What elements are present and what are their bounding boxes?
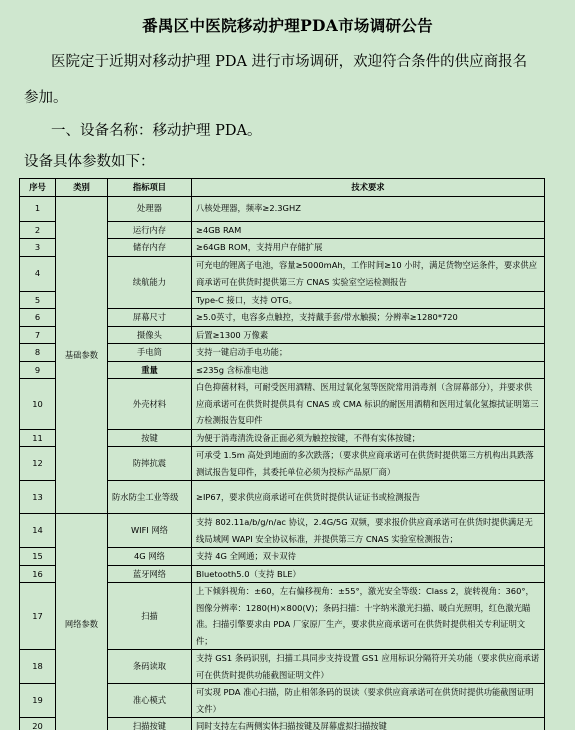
row-number: 10 [20,379,56,430]
row-number: 8 [20,344,56,362]
row-number: 6 [20,309,56,327]
requirement: 可实现 PDA 准心扫描，防止相邻条码的误读（要求供应商承诺可在供货时提供功能截… [192,684,545,718]
item-name: 屏幕尺寸 [108,309,192,327]
requirement: ≥4GB RAM [192,221,545,239]
page-title: 番禺区中医院移动护理PDA市场调研公告 [0,14,575,36]
category-basic: 基础参数 [56,196,108,514]
item-name: 重量 [108,361,192,379]
params-heading: 设备具体参数如下： [24,150,155,171]
item-name: 扫描 [108,583,192,650]
item-name: WIFI 网络 [108,514,192,548]
item-name: 防水防尘工业等级 [108,481,192,514]
requirement: ≥64GB ROM，支持用户存储扩展 [192,239,545,257]
item-name: 4G 网络 [108,548,192,566]
header-requirement: 技术要求 [192,179,545,197]
requirement: 支持 4G 全网通；双卡双待 [192,548,545,566]
row-number: 4 [20,256,56,291]
requirement: ≤235g 含标准电池 [192,361,545,379]
item-name: 运行内存 [108,221,192,239]
row-number: 3 [20,239,56,257]
requirement: Type-C 接口，支持 OTG。 [192,291,545,309]
item-name: 手电筒 [108,344,192,362]
row-number: 20 [20,718,56,730]
requirement: 可充电的锂离子电池，容量≥5000mAh，工作时间≥10 小时，满足货物空运条件… [192,256,545,291]
item-name: 续航能力 [108,256,192,309]
row-number: 5 [20,291,56,309]
item-name: 条码读取 [108,650,192,684]
requirement: 支持 802.11a/b/g/n/ac 协议，2.4G/5G 双频，要求报价供应… [192,514,545,548]
row-number: 15 [20,548,56,566]
item-name: 外壳材料 [108,379,192,430]
requirement: 后置≥1300 万像素 [192,326,545,344]
header-item: 指标项目 [108,179,192,197]
requirement: 八核处理器，频率≥2.3GHZ [192,196,545,221]
item-name: 按键 [108,429,192,447]
item-name: 摄像头 [108,326,192,344]
row-number: 7 [20,326,56,344]
row-number: 19 [20,684,56,718]
intro-paragraph-continued: 参加。 [24,86,68,107]
item-name: 处理器 [108,196,192,221]
item-name: 扫描按键 [108,718,192,730]
header-category: 类别 [56,179,108,197]
row-number: 16 [20,565,56,583]
spec-table: 序号 类别 指标项目 技术要求 1 基础参数 处理器 八核处理器，频率≥2.3G… [19,178,545,730]
section-device-name: 一、设备名称：移动护理 PDA。 [51,119,261,140]
requirement: 上下倾斜视角：±60，左右偏移视角：±55°，激光安全等级：Class 2，旋转… [192,583,545,650]
row-number: 11 [20,429,56,447]
requirement: 支持 GS1 条码识别，扫描工具同步支持设置 GS1 应用标识分隔符开关功能（要… [192,650,545,684]
row-number: 13 [20,481,56,514]
requirement: 可承受 1.5m 高处到地面的多次跌落；（要求供应商承诺可在供货时提供第三方机构… [192,447,545,481]
row-number: 12 [20,447,56,481]
intro-paragraph: 医院定于近期对移动护理 PDA 进行市场调研，欢迎符合条件的供应商报名 [51,50,527,71]
header-no: 序号 [20,179,56,197]
row-number: 1 [20,196,56,221]
row-number: 17 [20,583,56,650]
row-number: 18 [20,650,56,684]
row-number: 14 [20,514,56,548]
row-number: 9 [20,361,56,379]
item-name: 防摔抗震 [108,447,192,481]
requirement: 同时支持左右两侧实体扫描按键及屏幕虚拟扫描按键 [192,718,545,730]
requirement: ≥5.0英寸，电容多点触控，支持戴手套/带水触摸；分辨率≥1280*720 [192,309,545,327]
requirement: 白色抑菌材料，可耐受医用酒精、医用过氧化氢等医院常用消毒剂（含屏幕部分），并要求… [192,379,545,430]
item-name: 储存内存 [108,239,192,257]
item-name: 蓝牙网络 [108,565,192,583]
table-row: 1 基础参数 处理器 八核处理器，频率≥2.3GHZ [20,196,545,221]
category-network: 网络参数 [56,514,108,730]
requirement: ≥IP67，要求供应商承诺可在供货时提供认证证书或检测报告 [192,481,545,514]
item-name: 准心模式 [108,684,192,718]
table-header-row: 序号 类别 指标项目 技术要求 [20,179,545,197]
table-row: 14 网络参数 WIFI 网络 支持 802.11a/b/g/n/ac 协议，2… [20,514,545,548]
row-number: 2 [20,221,56,239]
requirement: 为便于消毒清洗设备正面必须为触控按键，不得有实体按键； [192,429,545,447]
requirement: Bluetooth5.0（支持 BLE） [192,565,545,583]
requirement: 支持一键启动手电功能； [192,344,545,362]
